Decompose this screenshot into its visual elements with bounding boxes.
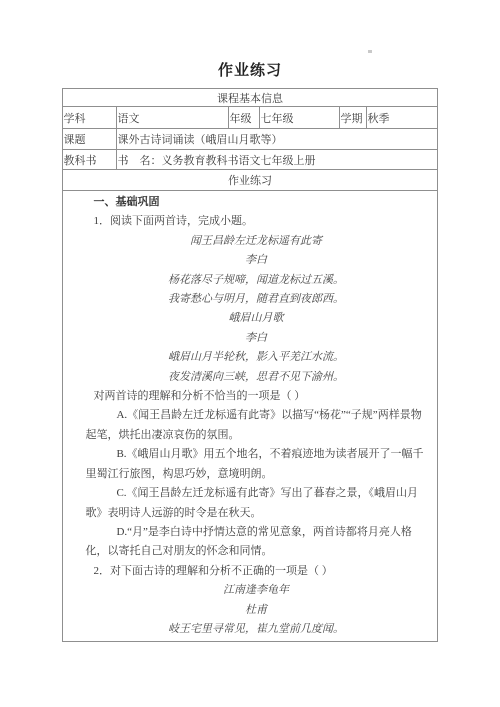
course-info-table: 课程基本信息 学科 语文 年级 七年级 学期 秋季 课题 课外古诗词诵读（峨眉山… — [62, 88, 437, 642]
poem-author: 李白 — [85, 251, 426, 270]
page-title: 作业练习 — [0, 0, 500, 80]
table-row-content: 一、基础巩固 1．阅读下面两首诗，完成小题。 闻王昌龄左迁龙标遥有此寄 李白 杨… — [63, 191, 437, 642]
question-2-stem: 2．对下面古诗的理解和分析不正确的一项是（ ） — [85, 562, 426, 581]
poem-title: 江南逢李龟年 — [85, 581, 426, 600]
exercise-content: 一、基础巩固 1．阅读下面两首诗，完成小题。 闻王昌龄左迁龙标遥有此寄 李白 杨… — [85, 193, 426, 639]
section-heading: 一、基础巩固 — [85, 193, 426, 212]
textbook-label: 教科书 — [63, 150, 117, 170]
question-1-intro: 1．阅读下面两首诗，完成小题。 — [85, 212, 426, 231]
poem-line: 岐王宅里寻常见，崔九堂前几度闻。 — [85, 620, 426, 639]
subject-value: 语文 — [117, 107, 229, 129]
poem-line: 夜发清溪向三峡，思君不见下渝州。 — [85, 368, 426, 387]
table-row-header: 课程基本信息 — [63, 89, 437, 107]
textbook-value: 书 名：义务教育教科书语文七年级上册 — [117, 150, 437, 170]
document-page: 作业练习 课程基本信息 学科 语文 年级 七年级 学期 秋季 课题 课外古诗词诵… — [0, 0, 500, 707]
poem-3: 江南逢李龟年 杜甫 岐王宅里寻常见，崔九堂前几度闻。 — [85, 581, 426, 639]
table-row-subject: 学科 语文 年级 七年级 学期 秋季 — [63, 107, 437, 129]
exercise-content-cell: 一、基础巩固 1．阅读下面两首诗，完成小题。 闻王昌龄左迁龙标遥有此寄 李白 杨… — [63, 191, 437, 642]
poem-author: 杜甫 — [85, 601, 426, 620]
poem-line: 杨花落尽子规啼，闻道龙标过五溪。 — [85, 271, 426, 290]
topic-label: 课题 — [63, 129, 117, 150]
table-row-section-title: 作业练习 — [63, 170, 437, 191]
question-1-stem: 对两首诗的理解和分析不恰当的一项是（ ） — [85, 387, 426, 406]
grade-value: 七年级 — [260, 107, 340, 129]
option-a: A.《闻王昌龄左迁龙标遥有此寄》以描写“杨花”“子规”两样景物起笔，烘托出凄凉哀… — [85, 406, 426, 445]
table-row-textbook: 教科书 书 名：义务教育教科书语文七年级上册 — [63, 150, 437, 170]
topic-value: 课外古诗词诵读（峨眉山月歌等） — [117, 129, 437, 150]
term-label: 学期 — [340, 107, 367, 129]
dust-speck-icon — [368, 50, 372, 53]
option-b: B.《峨眉山月歌》用五个地名，不着痕迹地为读者展开了一幅千里蜀江行旅图，构思巧妙… — [85, 445, 426, 484]
poem-line: 峨眉山月半轮秋，影入平羌江水流。 — [85, 348, 426, 367]
option-d: D.“月”是李白诗中抒情达意的常见意象，两首诗都将月亮人格化，以寄托自己对朋友的… — [85, 523, 426, 562]
option-c: C.《闻王昌龄左迁龙标遥有此寄》写出了暮春之景，《峨眉山月歌》表明诗人远游的时令… — [85, 484, 426, 523]
grade-label: 年级 — [229, 107, 260, 129]
poem-author: 李白 — [85, 329, 426, 348]
poem-1: 闻王昌龄左迁龙标遥有此寄 李白 杨花落尽子规啼，闻道龙标过五溪。 我寄愁心与明月… — [85, 232, 426, 310]
subject-label: 学科 — [63, 107, 117, 129]
section-title-cell: 作业练习 — [63, 170, 437, 191]
term-value: 秋季 — [367, 107, 437, 129]
poem-line: 我寄愁心与明月，随君直到夜郎西。 — [85, 290, 426, 309]
poem-title: 闻王昌龄左迁龙标遥有此寄 — [85, 232, 426, 251]
poem-title: 峨眉山月歌 — [85, 309, 426, 328]
poem-2: 峨眉山月歌 李白 峨眉山月半轮秋，影入平羌江水流。 夜发清溪向三峡，思君不见下渝… — [85, 309, 426, 387]
table-header-cell: 课程基本信息 — [63, 89, 437, 107]
table-row-topic: 课题 课外古诗词诵读（峨眉山月歌等） — [63, 129, 437, 150]
